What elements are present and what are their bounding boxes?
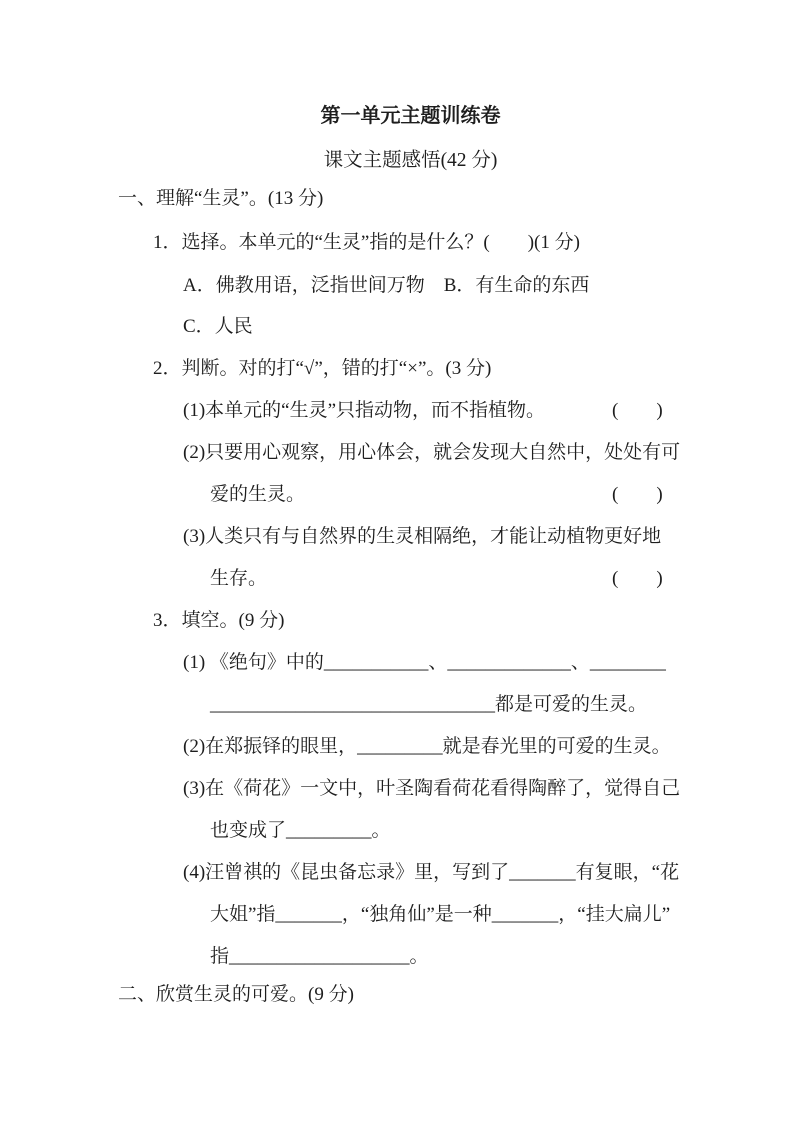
- question-3-stem: 3．填空。(9 分): [0, 609, 793, 633]
- question-3-text: 3．填空。(9 分): [153, 610, 284, 631]
- question-2-text: 2．判断。对的打“√”，错的打“×”。(3 分): [153, 358, 491, 379]
- blank-item-3-line-2: 也变成了_________。: [0, 819, 793, 843]
- option-a-b-text: A．佛教用语，泛指世间万物 B．有生命的东西: [183, 275, 589, 296]
- judge-item-3-line-1: (3)人类只有与自然界的生灵相隔绝，才能让动植物更好地: [0, 525, 793, 549]
- judge-item-3-text-1: (3)人类只有与自然界的生灵相隔绝，才能让动植物更好地: [183, 526, 661, 547]
- exam-paper-page: 第一单元主题训练卷 课文主题感悟(42 分) 一、理解“生灵”。(13 分) 1…: [0, 0, 793, 1122]
- blank-item-3-text-2: 也变成了_________。: [210, 820, 391, 841]
- blank-item-1-text-1: (1) 《绝句》中的___________、_____________、____…: [183, 652, 666, 673]
- blank-item-4-line-1: (4)汪曾祺的《昆虫备忘录》里，写到了_______有复眼，“花: [0, 861, 793, 885]
- page-title: 第一单元主题训练卷: [118, 99, 703, 128]
- judge-item-1-answer-parens: ( ): [612, 399, 663, 423]
- section-1-heading-text: 一、理解“生灵”。(13 分): [118, 188, 323, 209]
- judge-item-1-text: (1)本单元的“生灵”只指动物，而不指植物。: [183, 400, 545, 421]
- question-2-stem: 2．判断。对的打“√”，错的打“×”。(3 分): [0, 357, 793, 381]
- question-1-options-ab: A．佛教用语，泛指世间万物 B．有生命的东西: [0, 274, 793, 298]
- blank-item-4-text-2: 大姐”指_______，“独角仙”是一种_______，“挂大扁儿”: [210, 904, 670, 925]
- blank-item-3-line-1: (3)在《荷花》一文中，叶圣陶看荷花看得陶醉了，觉得自己: [0, 777, 793, 801]
- judge-item-2-line-2: 爱的生灵。 ( ): [0, 483, 793, 507]
- section-2-heading-text: 二、欣赏生灵的可爱。(9 分): [118, 984, 354, 1005]
- blank-item-1-line-1: (1) 《绝句》中的___________、_____________、____…: [0, 651, 793, 675]
- judge-item-3-answer-parens: ( ): [612, 567, 663, 591]
- judge-item-1: (1)本单元的“生灵”只指动物，而不指植物。 ( ): [0, 399, 793, 423]
- judge-item-2-line-1: (2)只要用心观察，用心体会，就会发现大自然中，处处有可: [0, 441, 793, 465]
- blank-item-4-text-3: 指___________________。: [210, 946, 429, 967]
- blank-item-4-text-1: (4)汪曾祺的《昆虫备忘录》里，写到了_______有复眼，“花: [183, 862, 679, 883]
- section-2-heading: 二、欣赏生灵的可爱。(9 分): [0, 983, 793, 1007]
- blank-item-2-text: (2)在郑振铎的眼里，_________就是春光里的可爱的生灵。: [183, 736, 671, 757]
- question-1-option-c: C．人民: [0, 315, 793, 339]
- blank-item-1-text-2: ______________________________都是可爱的生灵。: [210, 694, 647, 715]
- judge-item-2-text-2: 爱的生灵。: [210, 484, 305, 505]
- judge-item-2-answer-parens: ( ): [612, 483, 663, 507]
- option-c-text: C．人民: [183, 316, 253, 337]
- section-1-heading: 一、理解“生灵”。(13 分): [0, 187, 793, 211]
- question-1-stem: 1．选择。本单元的“生灵”指的是什么？( )(1 分): [0, 231, 793, 255]
- blank-item-3-text-1: (3)在《荷花》一文中，叶圣陶看荷花看得陶醉了，觉得自己: [183, 778, 680, 799]
- judge-item-3-text-2: 生存。: [210, 568, 267, 589]
- judge-item-2-text-1: (2)只要用心观察，用心体会，就会发现大自然中，处处有可: [183, 442, 680, 463]
- blank-item-4-line-3: 指___________________。: [0, 945, 793, 969]
- part-1-subtitle: 课文主题感悟(42 分): [118, 144, 703, 172]
- blank-item-2: (2)在郑振铎的眼里，_________就是春光里的可爱的生灵。: [0, 735, 793, 759]
- judge-item-3-line-2: 生存。 ( ): [0, 567, 793, 591]
- blank-item-4-line-2: 大姐”指_______，“独角仙”是一种_______，“挂大扁儿”: [0, 903, 793, 927]
- blank-item-1-line-2: ______________________________都是可爱的生灵。: [0, 693, 793, 717]
- question-1-text: 1．选择。本单元的“生灵”指的是什么？( )(1 分): [153, 232, 580, 253]
